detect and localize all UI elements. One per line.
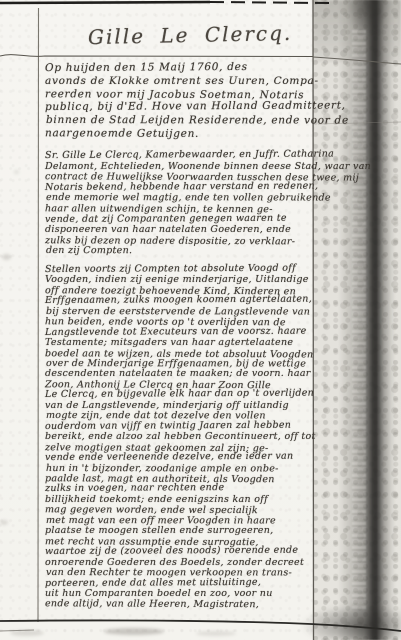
manuscript-line: porteeren, ende dat alles met uitsluitin… — [45, 577, 313, 589]
manuscript-line: binnen de Stad Leijden Residerende, ende… — [46, 114, 314, 127]
manuscript-line: publicq, bij d'Ed. Hove van Holland Gead… — [45, 100, 313, 114]
manuscript-line: disponeeren van haar natelaten Goederen,… — [45, 225, 313, 236]
manuscript-line: waartoe zij de (zooveel des noods) roere… — [45, 546, 313, 558]
paragraph-comparanten: Sr. Gille Le Clercq, Kamerbewaarder, en … — [45, 151, 313, 257]
manuscript-line: Voogden, indien zij eenige minderjarige,… — [45, 275, 313, 285]
ink-smudge — [196, 631, 236, 636]
manuscript-line: over de Minderjarige Erffgenaamen, bij d… — [46, 359, 314, 370]
scanned-manuscript-page: Gille Le Clercq. Op huijden den 15 Maij … — [0, 0, 401, 640]
manuscript-line: Sr. Gille Le Clercq, Kamerbewaarder, en … — [45, 150, 313, 162]
manuscript-line: bereikt, ende alzoo zal hebben Gecontinu… — [45, 432, 313, 442]
manuscript-line: ouderdom van vijff en twintig Jaaren zal… — [45, 420, 313, 432]
manuscript-line: avonds de Klokke omtrent ses Uuren, Comp… — [45, 75, 313, 88]
manuscript-line: vende, dat zij Comparanten genegen waare… — [45, 213, 313, 225]
ink-smudge — [0, 520, 8, 525]
manuscript-line: Op huijden den 15 Maij 1760, des — [45, 61, 313, 75]
ink-smudge — [14, 170, 19, 174]
paragraph-opening: Op huijden den 15 Maij 1760, desavonds d… — [45, 62, 313, 140]
paragraph-voogden: Stellen voorts zij Compten tot absolute … — [45, 265, 313, 610]
binding-top-smear — [346, 0, 390, 34]
manuscript-line: Langstlevende tot Executeurs van de voor… — [45, 326, 313, 338]
manuscript-line: met magt van een off meer Voogden in haa… — [46, 516, 314, 527]
manuscript-line: ende altijd, van alle Heeren, Magistrate… — [45, 600, 313, 612]
manuscript-line: naargenoemde Getuijgen. — [45, 127, 313, 141]
manuscript-line: plaatse te moogen stellen ende surrogeer… — [45, 526, 313, 536]
manuscript-line: den zij Compten. — [46, 246, 314, 257]
binding-shadow-band — [338, 0, 396, 640]
manuscript-text-block: Op huijden den 15 Maij 1760, desavonds d… — [45, 62, 313, 610]
manuscript-line: zulks in voegen, naar rechten ende — [45, 483, 313, 495]
ink-smudge — [104, 628, 164, 635]
ink-smudge — [10, 630, 44, 636]
manuscript-line: descendenten natelaaten te maaken; de vo… — [45, 369, 313, 379]
document-title: Gille Le Clercq. — [88, 20, 289, 50]
manuscript-line: Le Clercq, en bijgevalle elk haar dan op… — [45, 389, 313, 401]
manuscript-line: Erffgenaamen, zulks moogen koomen agtert… — [45, 295, 313, 307]
ink-smudge — [2, 254, 11, 260]
manuscript-line: Stellen voorts zij Compten tot absolute … — [45, 264, 313, 276]
binding-edge-texture — [352, 30, 366, 610]
binding-bottom-smear — [300, 604, 401, 640]
manuscript-line: Testamente; mitsgaders van haar agtertel… — [45, 338, 313, 348]
manuscript-line: vende ende verleenende dezelve, ende ied… — [45, 452, 313, 464]
